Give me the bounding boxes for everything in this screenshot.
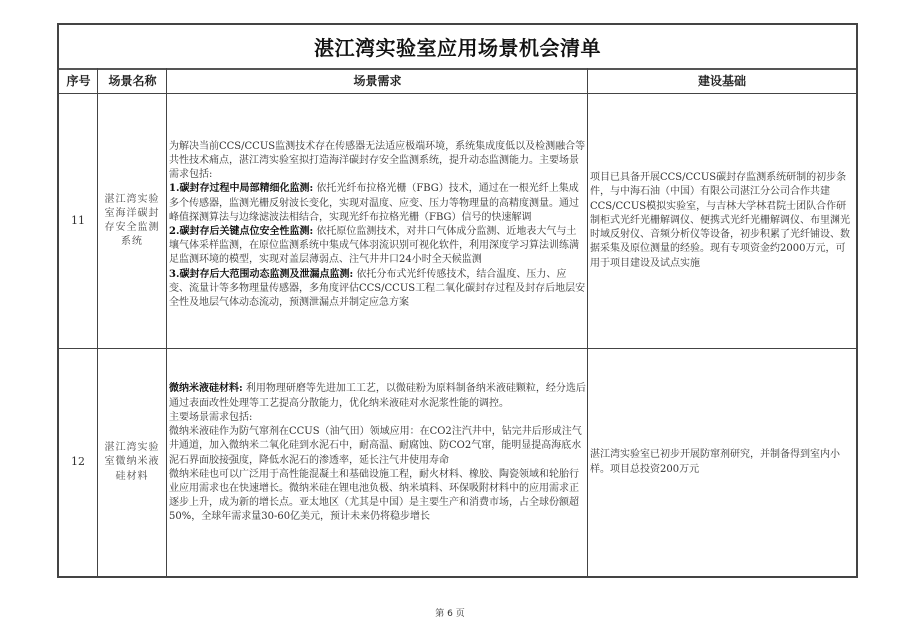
needs-item-3: 微纳米硅也可以广泛用于高性能混凝土和基础设施工程，耐火材料、橡胶、陶瓷领域和轮胎… bbox=[169, 468, 586, 525]
page-number: 第 6 页 bbox=[0, 606, 900, 619]
opportunity-table: 湛江湾实验室应用场景机会清单 序号 场景名称 场景需求 建设基础 11 湛江湾实… bbox=[57, 23, 858, 578]
needs-item-1: 微纳米液硅材料: 利用物理研磨等先进加工工艺，以微硅粉为原料制备纳米液硅颗粒，经… bbox=[169, 382, 586, 410]
column-header-basis: 建设基础 bbox=[588, 68, 856, 94]
grid-line bbox=[587, 68, 588, 576]
needs-item-2: 2.碳封存后关键点位安全性监测: 依托原位监测技术，对井口气体成分监测、近地表大… bbox=[169, 225, 586, 268]
row-12-number: 12 bbox=[59, 349, 97, 576]
table-title-row: 湛江湾实验室应用场景机会清单 bbox=[59, 25, 856, 70]
needs-paragraph: 为解决当前CCS/CCUS监测技术存在传感器无法适应极端环境，系统集成度低以及检… bbox=[169, 140, 586, 183]
row-11-scenario-name: 湛江湾实验室海洋碳封存安全监测系统 bbox=[98, 94, 166, 348]
column-header-name: 场景名称 bbox=[98, 68, 167, 94]
basis-text: 项目已具备开展CCS/CCUS碳封存监测系统研制的初步条件，与中海石油（中国）有… bbox=[590, 171, 852, 270]
row-11-needs: 为解决当前CCS/CCUS监测技术存在传感器无法适应极端环境，系统集成度低以及检… bbox=[169, 94, 586, 348]
row-12-needs: 微纳米液硅材料: 利用物理研磨等先进加工工艺，以微硅粉为原料制备纳米液硅颗粒，经… bbox=[169, 349, 586, 576]
needs-item-3: 3.碳封存后大范围动态监测及泄漏点监测: 依托分布式光纤传感技术，结合温度、压力… bbox=[169, 268, 586, 311]
page-title: 湛江湾实验室应用场景机会清单 bbox=[314, 32, 601, 61]
needs-item-1: 1.碳封存过程中局部精细化监测: 依托光纤布拉格光栅（FBG）技术，通过在一根光… bbox=[169, 182, 586, 225]
row-11-basis: 项目已具备开展CCS/CCUS碳封存监测系统研制的初步条件，与中海石油（中国）有… bbox=[590, 94, 852, 348]
needs-paragraph: 主要场景需求包括: bbox=[169, 411, 586, 425]
column-header-needs: 场景需求 bbox=[167, 68, 588, 94]
row-12-scenario-name: 湛江湾实验室微纳米液硅材料 bbox=[98, 349, 166, 576]
scenario-name-text: 湛江湾实验室海洋碳封存安全监测系统 bbox=[101, 193, 163, 250]
row-12-basis: 湛江湾实验室已初步开展防窜剂研究，并制备得到室内小样。项目总投资200万元 bbox=[590, 349, 852, 576]
scenario-name-text: 湛江湾实验室微纳米液硅材料 bbox=[101, 441, 163, 484]
row-11-number: 11 bbox=[59, 94, 97, 348]
column-header-no: 序号 bbox=[59, 68, 98, 94]
needs-item-2: 微纳米液硅作为防气窜剂在CCUS（油气田）领域应用：在CO2注汽井中，钻完井后形… bbox=[169, 425, 586, 468]
basis-text: 湛江湾实验室已初步开展防窜剂研究，并制备得到室内小样。项目总投资200万元 bbox=[590, 448, 852, 476]
grid-line bbox=[166, 68, 167, 576]
